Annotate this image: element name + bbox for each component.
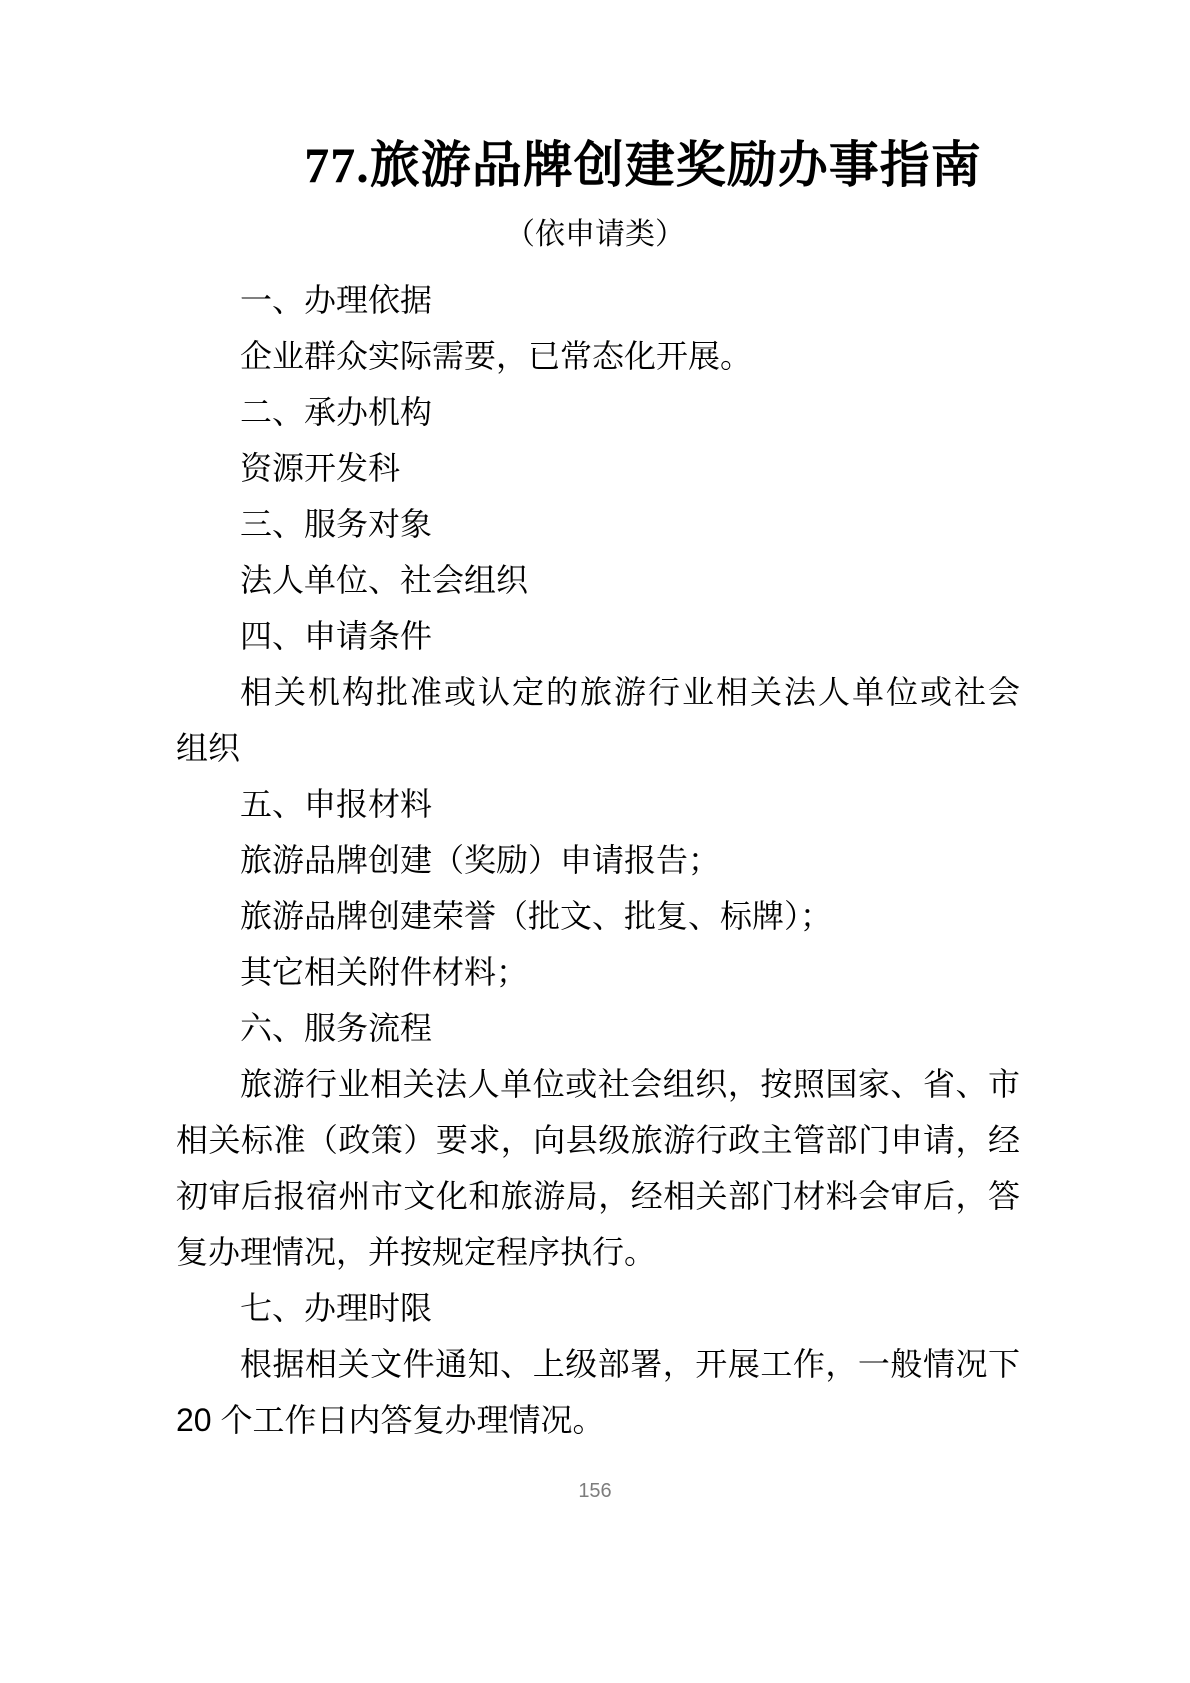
section-heading: 一、办理依据 (176, 272, 1020, 328)
body-line: 旅游行业相关法人单位或社会组织，按照国家、省、市 (176, 1056, 1020, 1112)
body-line: 法人单位、社会组织 (176, 552, 1020, 608)
section-heading: 二、承办机构 (176, 384, 1020, 440)
section-heading: 三、服务对象 (176, 496, 1020, 552)
body-line: 根据相关文件通知、上级部署，开展工作，一般情况下 (176, 1336, 1020, 1392)
body-line: 初审后报宿州市文化和旅游局，经相关部门材料会审后，答 (176, 1168, 1020, 1224)
document-page: 77.旅游品牌创建奖励办事指南 （依申请类） 一、办理依据 企业群众实际需要，已… (0, 0, 1190, 1683)
body-line: 其它相关附件材料； (176, 944, 1020, 1000)
document-body: 一、办理依据 企业群众实际需要，已常态化开展。 二、承办机构 资源开发科 三、服… (176, 272, 1020, 1448)
section-heading: 四、申请条件 (176, 608, 1020, 664)
body-line: 旅游品牌创建荣誉（批文、批复、标牌）； (176, 888, 1020, 944)
section-heading: 七、办理时限 (176, 1280, 1020, 1336)
section-heading: 六、服务流程 (176, 1000, 1020, 1056)
page-number: 156 (0, 1480, 1190, 1502)
page-title: 77.旅游品牌创建奖励办事指南 (0, 136, 1190, 194)
body-line: 相关标准（政策）要求，向县级旅游行政主管部门申请，经 (176, 1112, 1020, 1168)
body-line: 资源开发科 (176, 440, 1020, 496)
body-line: 旅游品牌创建（奖励）申请报告； (176, 832, 1020, 888)
body-line: 相关机构批准或认定的旅游行业相关法人单位或社会 (176, 664, 1020, 720)
page-subtitle: （依申请类） (0, 214, 1190, 256)
section-heading: 五、申报材料 (176, 776, 1020, 832)
body-line: 20 个工作日内答复办理情况。 (176, 1392, 1020, 1448)
body-line: 复办理情况，并按规定程序执行。 (176, 1224, 1020, 1280)
body-line: 组织 (176, 720, 1020, 776)
body-line: 企业群众实际需要，已常态化开展。 (176, 328, 1020, 384)
